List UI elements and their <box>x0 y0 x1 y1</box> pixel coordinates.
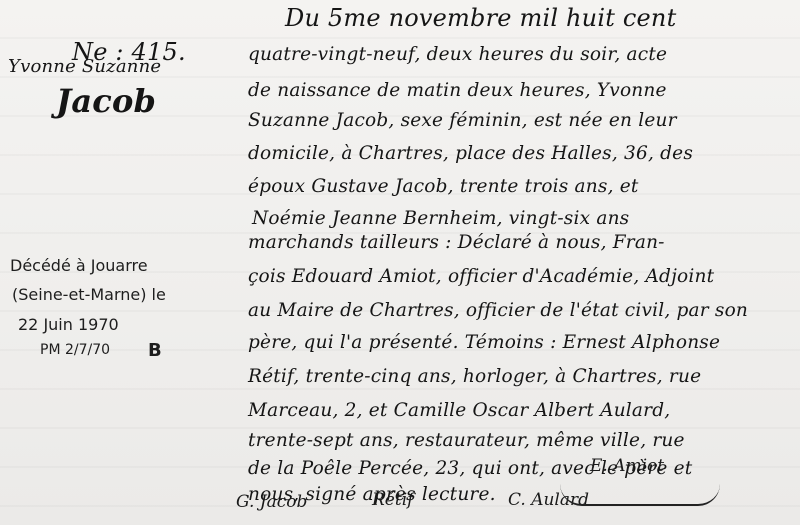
body-line-4: Suzanne Jacob, sexe féminin, est née en … <box>248 110 677 131</box>
body-line-13: Marceau, 2, et Camille Oscar Albert Aula… <box>248 400 670 421</box>
body-line-6: époux Gustave Jacob, trente trois ans, e… <box>248 176 639 197</box>
mention-initials: B <box>148 340 162 361</box>
body-line-2: quatre-vingt-neuf, deux heures du soir, … <box>248 44 667 65</box>
margin-first-names: Yvonne Suzanne <box>8 56 161 77</box>
signature-flourish <box>560 484 720 506</box>
margin-surname: Jacob <box>56 82 156 120</box>
mention-line-1: Décédé à Jouarre <box>10 256 148 275</box>
body-line-14: trente-sept ans, restaurateur, même vill… <box>248 430 685 451</box>
body-line-5: domicile, à Chartres, place des Halles, … <box>248 143 693 164</box>
body-line-11: père, qui l'a présenté. Témoins : Ernest… <box>248 332 720 353</box>
mention-line-4: PM 2/7/70 <box>40 342 110 358</box>
body-line-9: çois Edouard Amiot, officier d'Académie,… <box>248 266 714 287</box>
signature-father: G. Jacob <box>236 492 307 512</box>
signature-witness-1: Rétif <box>372 490 413 510</box>
body-line-7: Noémie Jeanne Bernheim, vingt-six ans <box>252 208 629 229</box>
body-line-3: de naissance de matin deux heures, Yvonn… <box>248 80 667 101</box>
body-line-1: Du 5me novembre mil huit cent <box>285 4 676 32</box>
officer-signature: E. Amiot <box>590 456 664 476</box>
body-line-12: Rétif, trente-cinq ans, horloger, à Char… <box>248 366 701 387</box>
document-scan: Ne : 415. Yvonne Suzanne Jacob Du 5me no… <box>0 0 800 525</box>
body-line-10: au Maire de Chartres, officier de l'état… <box>248 300 748 321</box>
mention-line-3: 22 Juin 1970 <box>18 315 119 334</box>
body-line-8: marchands tailleurs : Déclaré à nous, Fr… <box>248 232 665 253</box>
mention-line-2: (Seine-et-Marne) le <box>12 285 166 304</box>
